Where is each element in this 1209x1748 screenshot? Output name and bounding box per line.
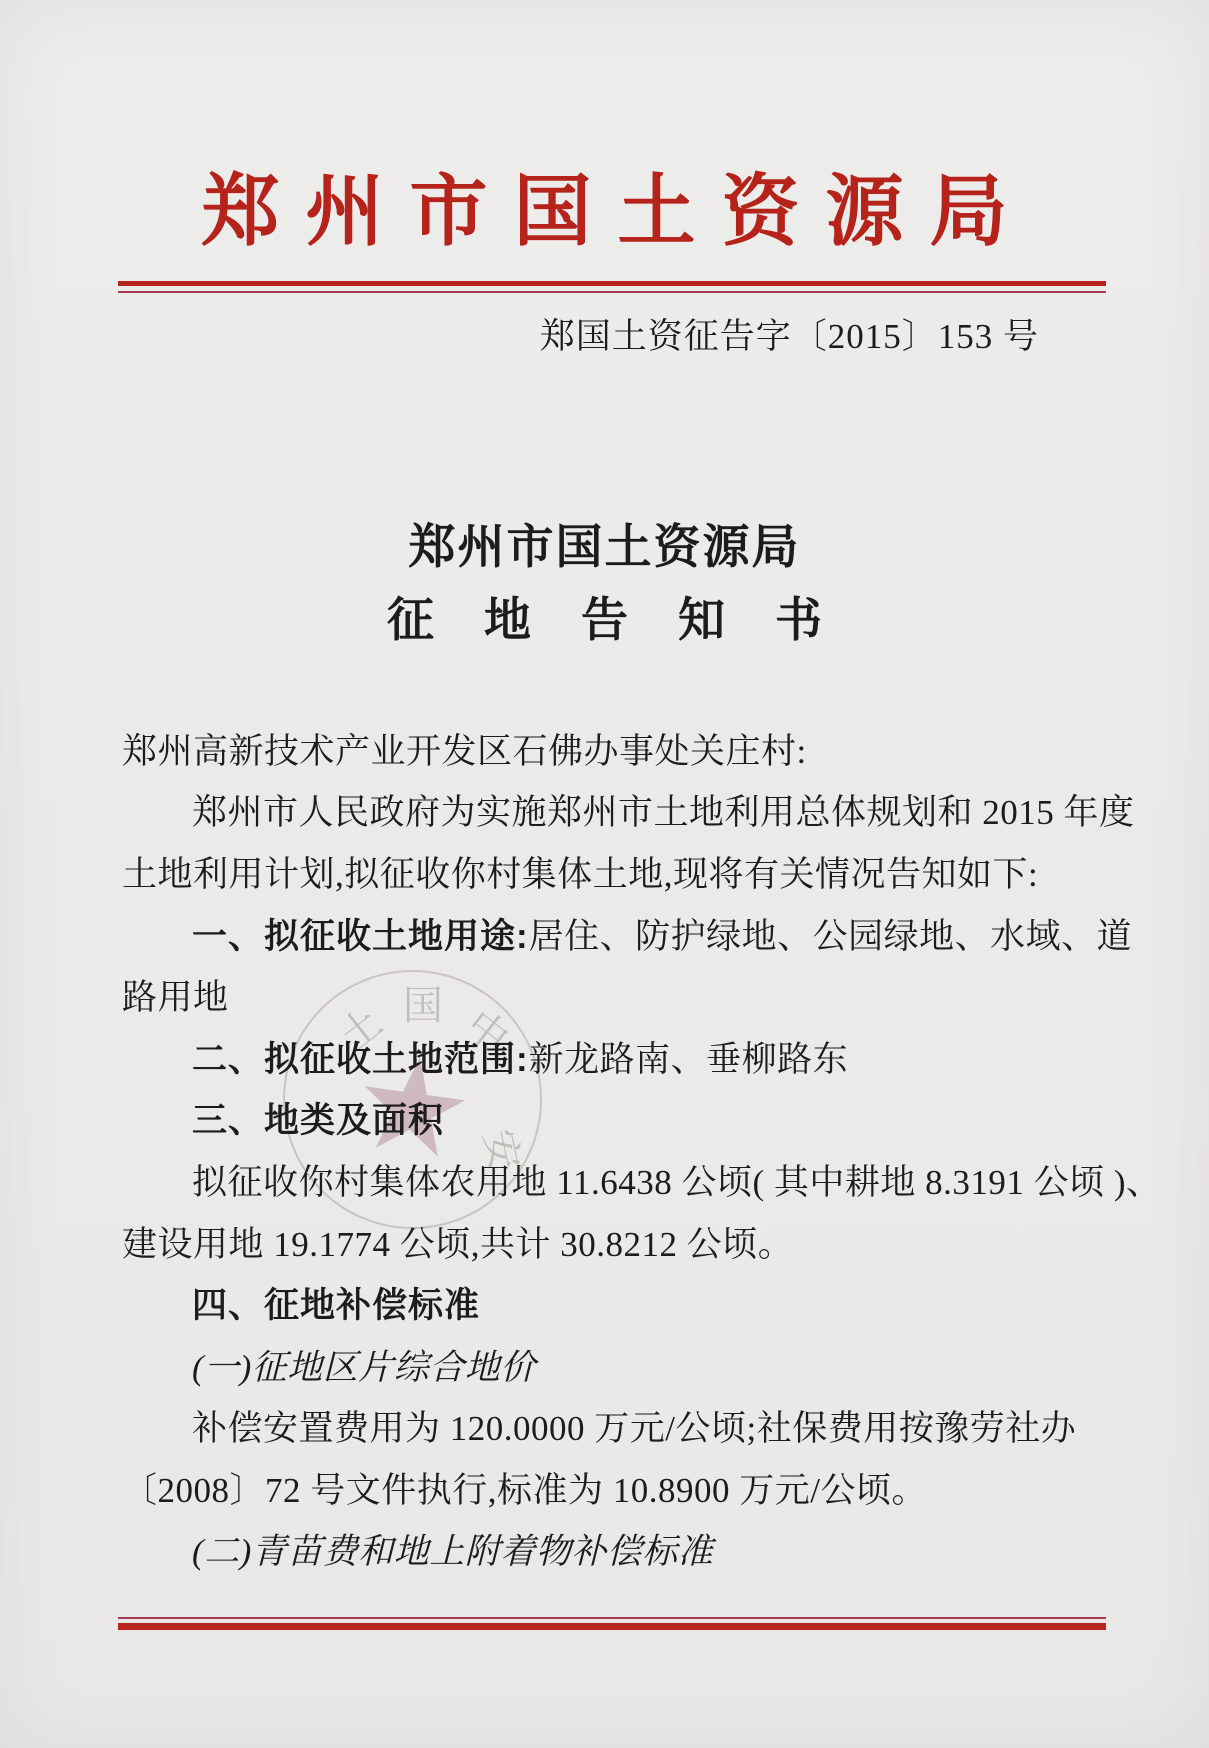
line-text: 新龙路南、垂柳路东	[529, 1040, 849, 1079]
scanned-document-page: 郑州市国土资源局 郑国土资征告字〔2015〕153 号 郑州市国土资源局 征地告…	[0, 0, 1209, 1748]
line-text: 土地利用计划,拟征收你村集体土地,现将有关情况告知如下:	[122, 855, 1038, 894]
body-line-section-3: 三、地类及面积	[122, 1098, 1112, 1144]
line-heading: 一、拟征收土地用途:	[192, 917, 529, 956]
line-text: 拟征收你村集体农用地 11.6438 公顷( 其中耕地 8.3191 公顷 )、	[192, 1163, 1162, 1202]
body-line: 郑州市人民政府为实施郑州市土地利用总体规划和 2015 年度	[122, 790, 1112, 836]
body-line-section-4: 四、征地补偿标准	[122, 1283, 1112, 1329]
line-text: (二)青苗费和地上附着物补偿标准	[192, 1532, 713, 1571]
body-line-section-1: 一、拟征收土地用途:居住、防护绿地、公园绿地、水域、道	[122, 914, 1112, 960]
line-heading: 二、拟征收土地范围:	[192, 1040, 529, 1079]
line-text: 补偿安置费用为 120.0000 万元/公顷;社保费用按豫劳社办	[192, 1409, 1076, 1448]
footer-rule-thick	[118, 1623, 1106, 1630]
footer-rule-thin	[118, 1617, 1106, 1619]
letterhead-rule-thin	[118, 291, 1106, 293]
line-text: 〔2008〕72 号文件执行,标准为 10.8900 万元/公顷。	[122, 1471, 927, 1510]
line-heading: 四、征地补偿标准	[192, 1286, 480, 1325]
document-title-agency: 郑州市国土资源局	[0, 519, 1209, 577]
body-line: 路用地	[122, 975, 1112, 1021]
body-line-salutation: 郑州高新技术产业开发区石佛办事处关庄村:	[122, 729, 1112, 775]
line-text: (一)征地区片综合地价	[192, 1348, 536, 1387]
body-line: 〔2008〕72 号文件执行,标准为 10.8900 万元/公顷。	[122, 1468, 1112, 1514]
body-line-section-2: 二、拟征收土地范围:新龙路南、垂柳路东	[122, 1037, 1112, 1083]
line-text: 居住、防护绿地、公园绿地、水域、道	[529, 917, 1133, 956]
line-text: 路用地	[122, 978, 229, 1017]
letterhead-agency-name: 郑州市国土资源局	[0, 164, 1209, 260]
body-line: 拟征收你村集体农用地 11.6438 公顷( 其中耕地 8.3191 公顷 )、	[122, 1160, 1112, 1206]
body-line: 建设用地 19.1774 公顷,共计 30.8212 公顷。	[122, 1222, 1112, 1268]
line-heading: 三、地类及面积	[192, 1101, 444, 1140]
document-title-notice: 征地告知书	[0, 591, 1209, 651]
line-text: 郑州市人民政府为实施郑州市土地利用总体规划和 2015 年度	[192, 793, 1135, 832]
body-line-subsection-1: (一)征地区片综合地价	[122, 1345, 1112, 1391]
body-line: 补偿安置费用为 120.0000 万元/公顷;社保费用按豫劳社办	[122, 1406, 1112, 1452]
letterhead-rule-thick	[118, 281, 1106, 286]
document-number: 郑国土资征告字〔2015〕153 号	[540, 315, 1039, 359]
body-line-subsection-2: (二)青苗费和地上附着物补偿标准	[122, 1529, 1112, 1575]
line-text: 建设用地 19.1774 公顷,共计 30.8212 公顷。	[122, 1225, 793, 1264]
line-text: 郑州高新技术产业开发区石佛办事处关庄村:	[122, 732, 807, 771]
body-line: 土地利用计划,拟征收你村集体土地,现将有关情况告知如下:	[122, 852, 1112, 898]
